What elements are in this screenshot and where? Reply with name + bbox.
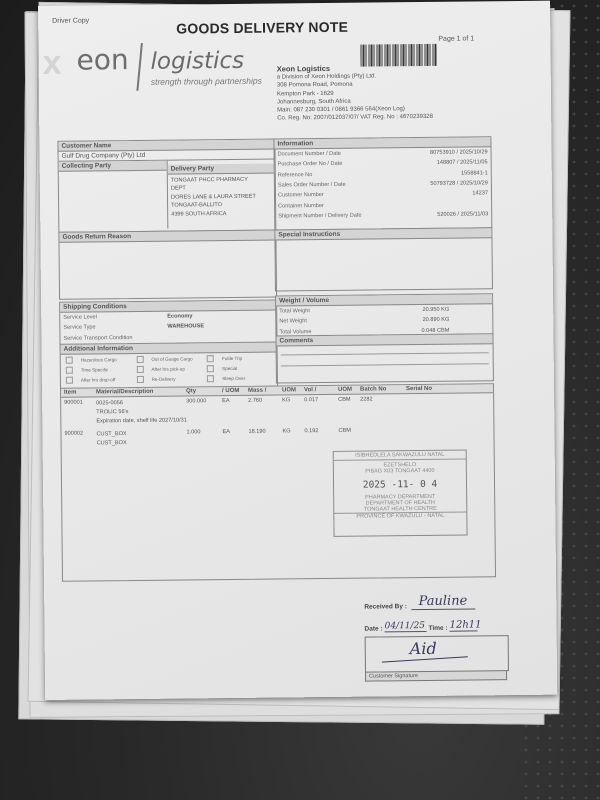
info-label: Customer Number [278, 192, 324, 198]
shipping-label: Service Transport Condition [63, 334, 167, 341]
shipping-value: Economy [167, 314, 192, 320]
items-column-header: Qty [186, 388, 222, 394]
logo-eon: eon [76, 43, 128, 77]
additional-info-section: Additional Information Hazardous CargoOu… [60, 342, 278, 390]
delivery-line: 4399 SOUTH AFRICA [171, 209, 272, 218]
logo-tagline: strength through partnerships [151, 76, 262, 87]
stamp-date: 2025 -11- 0 4 [334, 479, 466, 491]
logo-logistics: logistics [150, 48, 244, 75]
copy-label: Driver Copy [52, 17, 89, 24]
collecting-party: Collecting Party [59, 161, 169, 230]
weight-value: 20.950 KG [422, 307, 449, 313]
checkbox[interactable] [66, 376, 73, 383]
option-label: Sleep Over [222, 375, 274, 381]
item-cell: 900002 [64, 430, 96, 448]
item-description: 0025-0056TROLIC 56'sExpiration date, she… [96, 398, 186, 426]
delivery-note-page: Driver Copy GOODS DELIVERY NOTE Page 1 o… [38, 1, 557, 700]
comments-header: Comments [276, 334, 492, 346]
info-value: 50793728 / 2025/10/29 [430, 180, 488, 187]
goods-return-section: Goods Return Reason [58, 230, 277, 300]
comments-section: Comments [275, 333, 493, 383]
collecting-party-header: Collecting Party [59, 161, 167, 172]
item-cell: 0.017 [304, 397, 338, 424]
description-line: CUST_BOX [97, 438, 187, 448]
item-cell: CBM [338, 397, 360, 424]
received-by-value: Pauline [411, 593, 475, 610]
info-label: Document Number / Date [278, 151, 341, 158]
info-value: 80753910 / 2025/10/29 [430, 149, 488, 156]
checkbox[interactable] [136, 365, 143, 372]
information-row: Shipment Number / Delivery Date520026 / … [275, 209, 491, 222]
item-cell: 900001 [64, 399, 96, 426]
item-cell: KG [282, 428, 304, 446]
time-label: Time : [429, 625, 448, 632]
option-label: Out of Guage Cargo [151, 356, 203, 362]
shipping-label: Service Level [63, 314, 167, 321]
information-section: Information Document Number / Date807539… [273, 136, 492, 230]
option-label: After hrs drop-off [81, 377, 133, 383]
document-title: GOODS DELIVERY NOTE [176, 19, 348, 37]
info-value: 1558841-1 [461, 170, 488, 176]
info-value: 148807 / 2025/11/05 [437, 160, 488, 167]
customer-signature-label: Customer Signature [365, 671, 507, 681]
info-label: Sales Order Number / Date [278, 182, 346, 189]
customer-section: Customer Name Gulf Drug Company (Pty) Lt… [57, 139, 276, 233]
item-cell: 2282 [360, 396, 406, 423]
logo-divider [136, 43, 143, 91]
date-label: Date : [365, 625, 383, 632]
checkbox[interactable] [136, 355, 143, 362]
items-column-header: / UOM [222, 388, 248, 394]
customer-signature: Aid [410, 639, 437, 658]
option-label: Special [222, 365, 274, 371]
time-value: 12h11 [450, 619, 478, 631]
stamp-line: PIBAG X03 TONGAAT 4400 [334, 468, 466, 475]
item-cell: EA [222, 398, 248, 425]
special-instructions-section: Special Instructions [274, 227, 493, 291]
item-cell [360, 427, 406, 445]
received-by-label: Received By : [364, 603, 407, 610]
info-value: 14237 [472, 191, 488, 197]
stamp-top: ISIBHEDLELA SAKWAZULU NATAL [334, 451, 466, 461]
info-label: Shipment Number / Delivery Date [278, 213, 361, 220]
items-column-header: UOM [282, 387, 304, 393]
option-label: Futile Trip [222, 355, 274, 361]
weight-label: Total Weight [279, 308, 310, 314]
item-cell: CBM [338, 428, 360, 446]
item-row: 900002CUST_BOXCUST_BOX1.000EA18.190KG0.1… [61, 424, 493, 451]
item-cell: EA [222, 429, 248, 447]
items-column-header: Serial No [406, 386, 466, 393]
item-cell: 0.192 [304, 428, 338, 446]
checkbox[interactable] [137, 375, 144, 382]
items-column-header: UOM [338, 387, 360, 393]
shipping-label: Service Type [63, 324, 167, 331]
weight-label: Net Weight [279, 319, 307, 325]
item-cell: KG [282, 397, 304, 424]
item-cell: 18.190 [248, 428, 282, 446]
receipt-section: Received By : Pauline Date : 04/11/25 Ti… [364, 591, 515, 682]
checkbox[interactable] [207, 365, 214, 372]
items-column-header: Batch No [360, 386, 406, 392]
item-row: 9000010025-0056TROLIC 56'sExpiration dat… [61, 393, 493, 429]
info-label: Container Number [278, 203, 324, 209]
option-label: Time Specific [81, 367, 133, 373]
page-number: Page 1 of 1 [438, 35, 474, 42]
item-description: CUST_BOXCUST_BOX [96, 429, 186, 448]
checkbox[interactable] [66, 366, 73, 373]
items-column-header: Material/Description [96, 388, 186, 395]
checkbox[interactable] [207, 355, 214, 362]
company-address: Xeon Logistics a Division of Xeon Holdin… [277, 64, 433, 123]
company-line: Co. Reg. No: 2007/012037/07/ VAT Reg. No… [277, 113, 433, 123]
pharmacy-stamp: ISIBHEDLELA SAKWAZULU NATAL EZETSHELO PI… [333, 450, 468, 537]
logo-x-mark: x [42, 44, 61, 83]
info-value: 520026 / 2025/11/03 [437, 211, 488, 218]
item-cell [406, 427, 466, 446]
shipping-value: WAREHOUSE [167, 324, 204, 330]
info-label: Reference No [278, 172, 313, 178]
additional-row: After hrs drop-offRe-DeliverySleep Over [61, 373, 277, 385]
info-label: Purchase Order No / Date [278, 161, 343, 168]
item-cell: 300.000 [186, 398, 222, 425]
weight-volume-section: Weight / Volume Total Weight20.950 KGNet… [275, 293, 493, 337]
weight-value: 20.890 KG [423, 317, 450, 323]
description-line: Expiration date, shelf life 2027/10/31 [96, 416, 186, 426]
checkbox[interactable] [66, 356, 73, 363]
date-value: 04/11/25 [385, 621, 427, 632]
option-label: Re-Delivery [152, 376, 204, 382]
items-column-header: Item [64, 389, 96, 395]
option-label: After hrs pick-up [151, 366, 203, 372]
items-column-header: Mass / [248, 387, 282, 393]
special-instructions-header: Special Instructions [275, 228, 491, 240]
goods-return-header: Goods Return Reason [59, 231, 275, 243]
signature-box: Aid [365, 635, 509, 673]
item-cell: 2.760 [248, 397, 282, 424]
shipping-section: Shipping Conditions Service LevelEconomy… [59, 300, 277, 346]
items-column-header: Vol / [304, 387, 338, 393]
option-label: Hazardous Cargo [81, 357, 133, 363]
item-cell: 1.000 [186, 429, 222, 447]
delivery-party: Delivery Party TONGAAT PHCC PHARMACY DEP… [168, 160, 276, 229]
checkbox[interactable] [207, 375, 214, 382]
stamp-bottom: PROVINCE OF KWAZULU - NATAL [334, 512, 466, 520]
item-cell [406, 396, 466, 424]
